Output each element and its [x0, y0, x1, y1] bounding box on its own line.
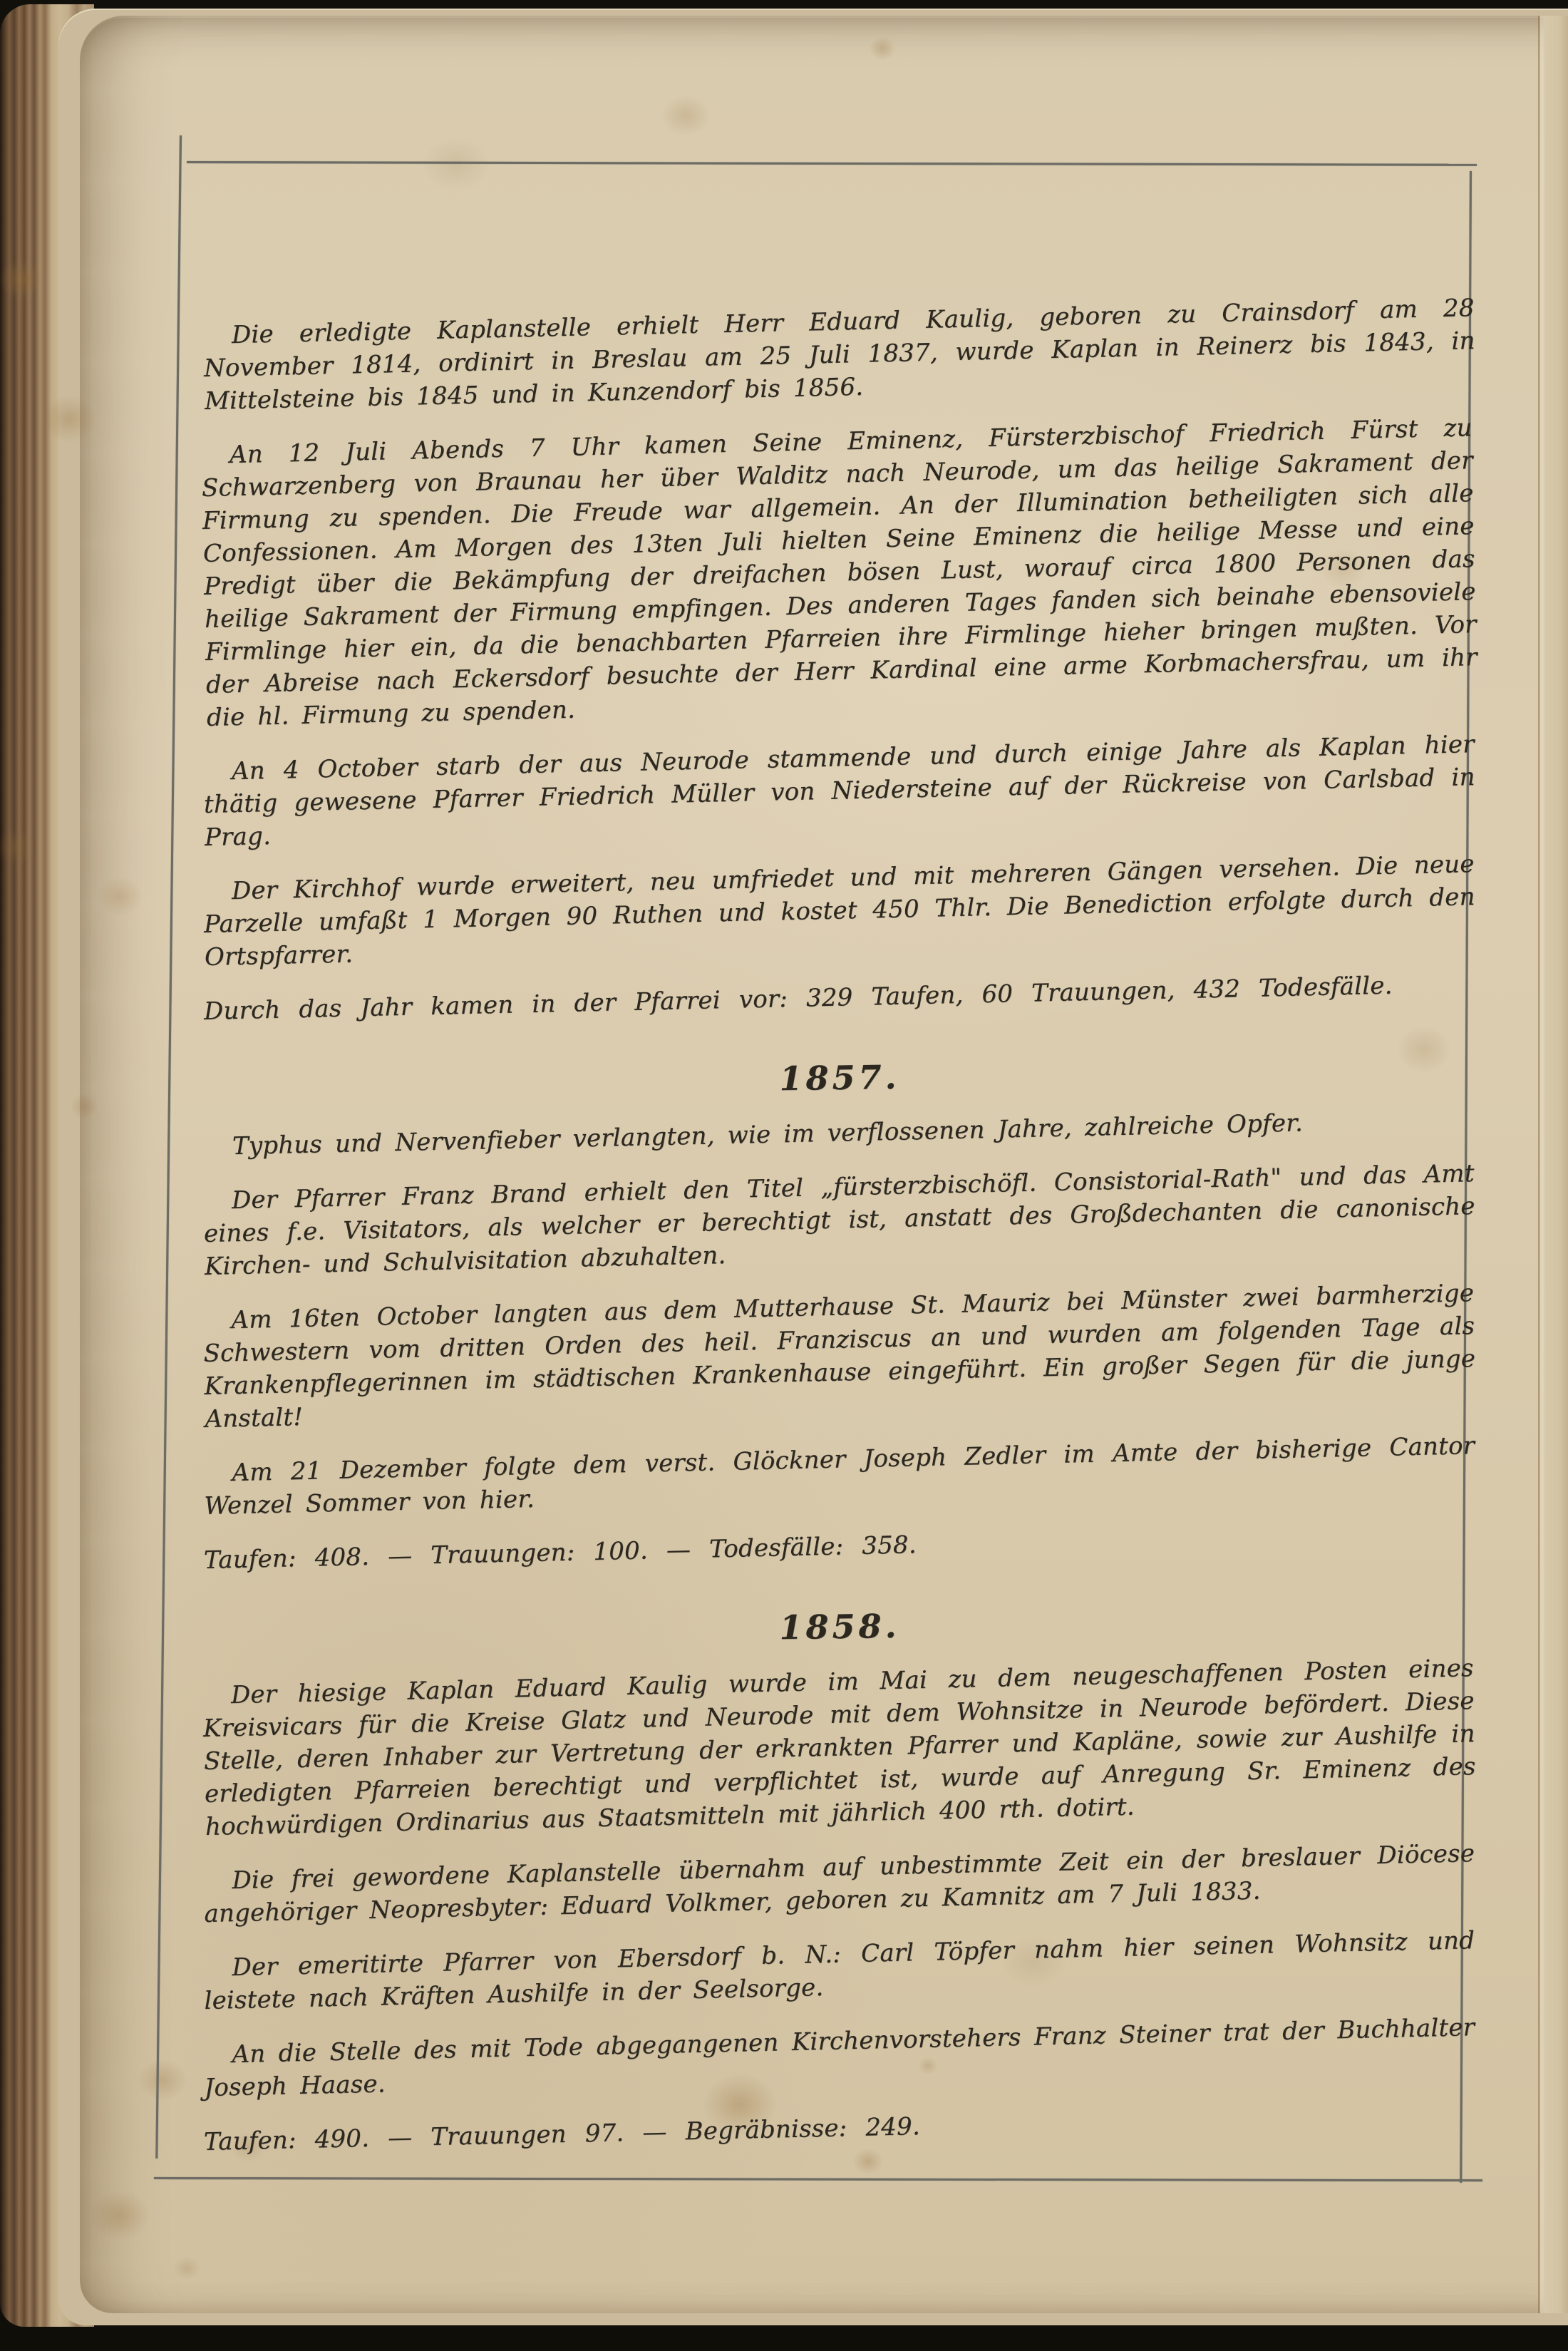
- book-scan: Die erledigte Kaplanstelle erhielt Herr …: [0, 0, 1568, 2351]
- stats-line-1857: Taufen: 408. — Trauungen: 100. — Todesfä…: [203, 1516, 1475, 1577]
- paragraph-kirchenvorsteher-haase: An die Stelle des mit Tode abgegangenen …: [203, 2011, 1476, 2104]
- paragraph-pfarrer-toepfer: Der emeritirte Pfarrer von Ebersdorf b. …: [203, 1924, 1476, 2017]
- year-heading-1858: 1858.: [204, 1600, 1476, 1655]
- paragraph-barmherzige-schwestern: Am 16ten October langten aus dem Mutterh…: [202, 1277, 1477, 1436]
- paragraph-gloeckner-nachfolge: Am 21 Dezember folgte dem verst. Glöckne…: [203, 1429, 1476, 1523]
- year-heading-1857: 1857.: [204, 1051, 1476, 1106]
- paragraph-neopresbyter-volkmer: Die frei gewordene Kaplanstelle übernahm…: [203, 1837, 1476, 1930]
- page-fold-edge: [1538, 16, 1568, 2313]
- handwritten-text: Die erledigte Kaplanstelle erhielt Herr …: [204, 319, 1475, 2180]
- paragraph-pfarrer-brand-titel: Der Pfarrer Franz Brand erhielt den Tite…: [202, 1157, 1476, 1283]
- stats-line-1856: Durch das Jahr kamen in der Pfarrei vor:…: [203, 967, 1475, 1028]
- paragraph-firmung-schwarzenberg: An 12 Juli Abends 7 Uhr kamen Seine Emin…: [200, 411, 1478, 734]
- paragraph-typhus: Typhus und Nervenfieber verlangten, wie …: [203, 1103, 1475, 1163]
- paragraph-kreisvicar-kaulig: Der hiesige Kaplan Eduard Kaulig wurde i…: [202, 1652, 1477, 1843]
- paragraph-tod-pfarrer-mueller: An 4 October starb der aus Neurode stamm…: [202, 728, 1476, 854]
- stats-line-1858: Taufen: 490. — Trauungen 97. — Begräbnis…: [203, 2098, 1475, 2159]
- paragraph-kirchhof-erweiterung: Der Kirchhof wurde erweitert, neu umfrie…: [202, 848, 1476, 974]
